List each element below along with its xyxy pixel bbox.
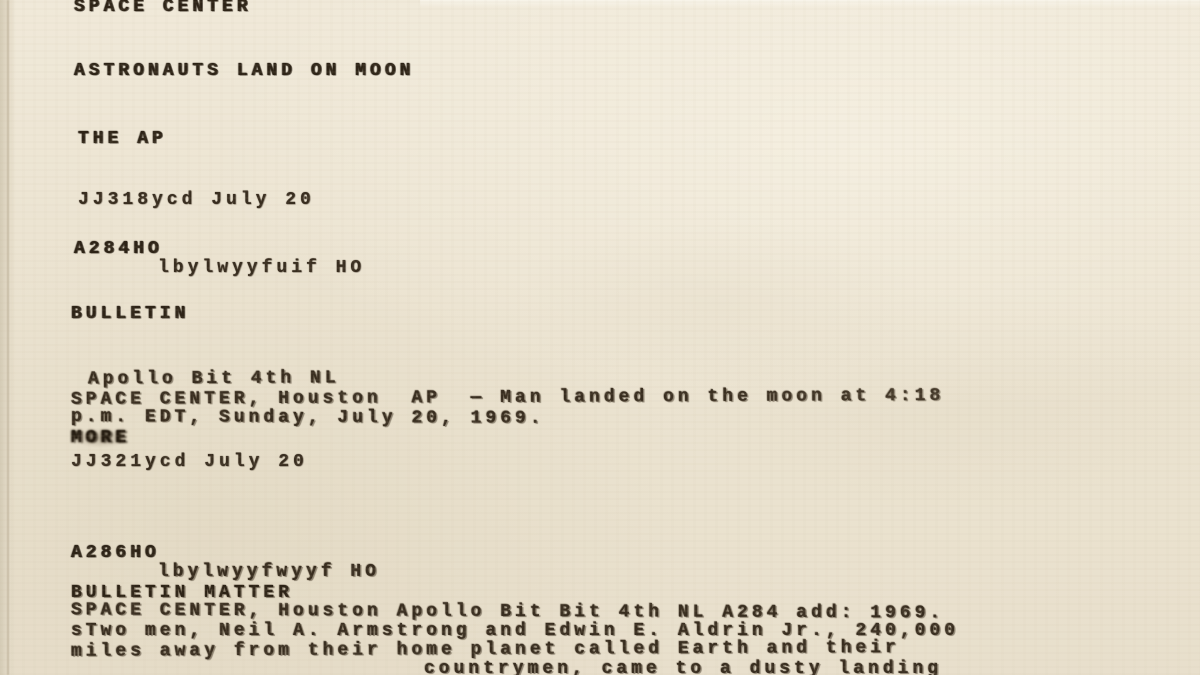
line-more: MORE [71,428,130,448]
line-timestamp-jj318: JJ318ycd July 20 [78,190,315,210]
line-wire-code-a284: A284HO [74,239,163,259]
line-test-chars-2: lbylwyyfwyyf HO [158,562,380,582]
line-bulletin: BULLETIN [71,304,189,324]
paper-sheet: SPACE CENTER ASTRONAUTS LAND ON MOON THE… [0,0,1200,675]
line-wire-code-a286: A286HO [71,543,160,563]
line-body-text-3-partial: countrymen, came to a dusty landing [424,659,942,675]
line-the-ap: THE AP [78,129,167,149]
headline-astronauts-land-on-moon: ASTRONAUTS LAND ON MOON [74,61,414,81]
line-slug-space-center: SPACE CENTER [74,0,252,17]
line-bulletin-text-1: SPACE CENTER, Houston AP — Man landed on… [71,386,944,410]
line-bulletin-text-2: p.m. EDT, Sunday, July 20, 1969. [71,407,545,429]
paper-top-edge [420,0,1200,7]
paper-edge-crease [7,0,9,675]
line-test-chars-1: lbylwyyfuif HO [158,258,365,278]
teletype-photo: SPACE CENTER ASTRONAUTS LAND ON MOON THE… [0,0,1200,675]
line-apollo-slug: Apollo Bit 4th NL [88,368,340,389]
line-timestamp-jj321: JJ321ycd July 20 [71,452,308,472]
